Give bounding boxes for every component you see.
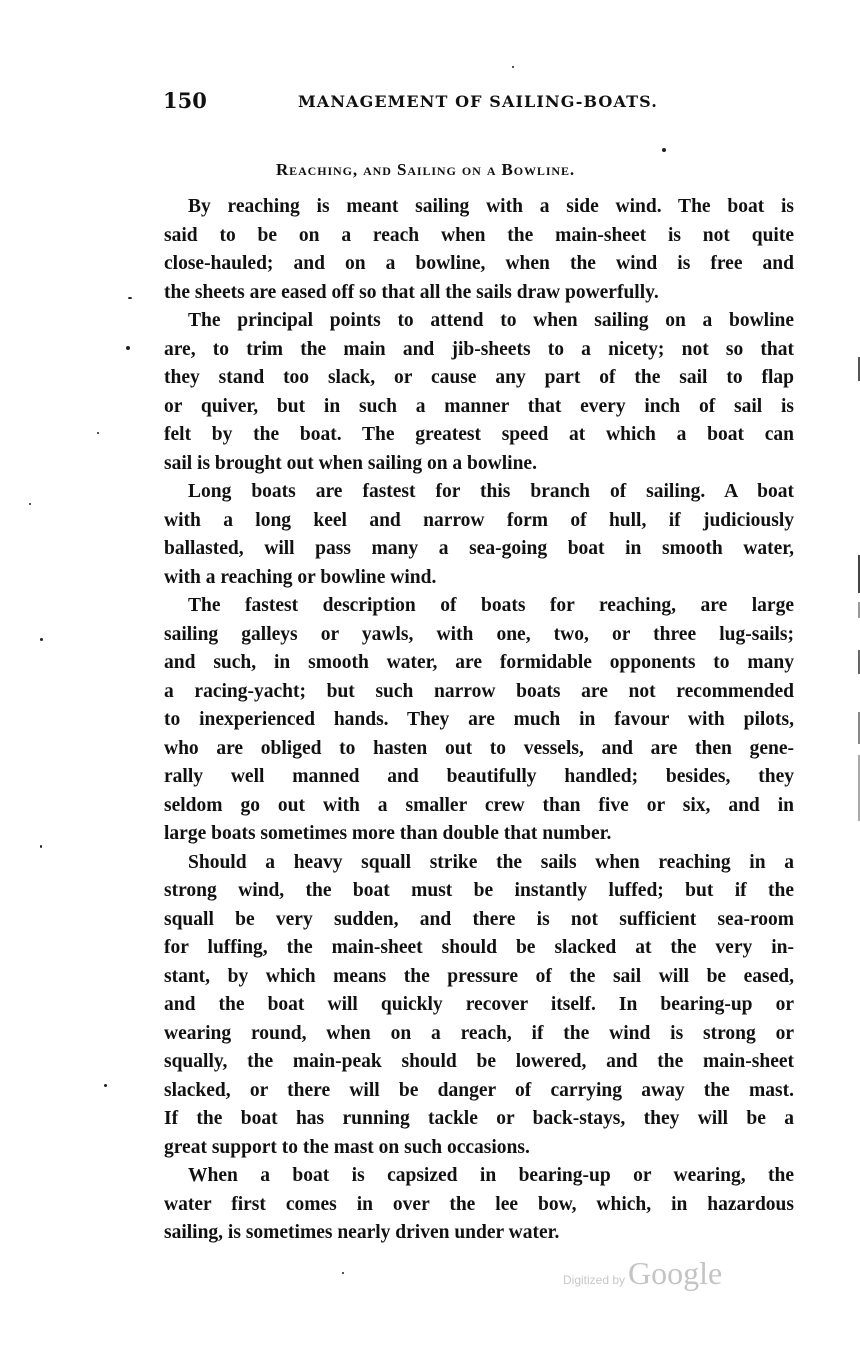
- text-line: water first comes in over the lee bow, w…: [164, 1191, 794, 1220]
- text-line: ballasted, will pass many a sea-going bo…: [164, 535, 794, 564]
- text-line: Long boats are fastest for this branch o…: [164, 478, 794, 507]
- paragraph: By reaching is meant sailing with a side…: [164, 193, 794, 307]
- text-line: felt by the boat. The greatest speed at …: [164, 421, 794, 450]
- text-line: who are obliged to hasten out to vessels…: [164, 735, 794, 764]
- text-line: or quiver, but in such a manner that eve…: [164, 393, 794, 422]
- text-line: with a reaching or bowline wind.: [164, 564, 794, 593]
- text-line: seldom go out with a smaller crew than f…: [164, 792, 794, 821]
- book-page: 150 MANAGEMENT OF SAILING-BOATS. Reachin…: [0, 0, 860, 1353]
- watermark-prefix: Digitized by: [563, 1273, 625, 1287]
- text-line: strong wind, the boat must be instantly …: [164, 877, 794, 906]
- text-line: sailing, is sometimes nearly driven unde…: [164, 1219, 794, 1248]
- text-line: rally well manned and beautifully handle…: [164, 763, 794, 792]
- text-line: squally, the main-peak should be lowered…: [164, 1048, 794, 1077]
- text-line: By reaching is meant sailing with a side…: [164, 193, 794, 222]
- scan-speck: [512, 66, 514, 68]
- text-line: large boats sometimes more than double t…: [164, 820, 794, 849]
- text-line: the sheets are eased off so that all the…: [164, 279, 794, 308]
- text-line: The principal points to attend to when s…: [164, 307, 794, 336]
- page-number: 150: [163, 88, 207, 113]
- text-line: and such, in smooth water, are formidabl…: [164, 649, 794, 678]
- paragraph: Should a heavy squall strike the sails w…: [164, 849, 794, 1163]
- text-line: sail is brought out when sailing on a bo…: [164, 450, 794, 479]
- text-line: slacked, or there will be danger of carr…: [164, 1077, 794, 1106]
- paragraph: Long boats are fastest for this branch o…: [164, 478, 794, 592]
- text-line: are, to trim the main and jib-sheets to …: [164, 336, 794, 365]
- scan-speck: [342, 1272, 344, 1274]
- text-line: great support to the mast on such occasi…: [164, 1134, 794, 1163]
- text-line: for luffing, the main-sheet should be sl…: [164, 934, 794, 963]
- text-line: When a boat is capsized in bearing-up or…: [164, 1162, 794, 1191]
- text-line: they stand too slack, or cause any part …: [164, 364, 794, 393]
- text-line: If the boat has running tackle or back-s…: [164, 1105, 794, 1134]
- text-line: and the boat will quickly recover itself…: [164, 991, 794, 1020]
- body-text: By reaching is meant sailing with a side…: [164, 193, 794, 1248]
- text-line: said to be on a reach when the main-shee…: [164, 222, 794, 251]
- text-line: squall be very sudden, and there is not …: [164, 906, 794, 935]
- scan-speck: [104, 1084, 107, 1087]
- scan-speck: [29, 503, 31, 505]
- paragraph: When a boat is capsized in bearing-up or…: [164, 1162, 794, 1248]
- text-line: close-hauled; and on a bowline, when the…: [164, 250, 794, 279]
- running-head: 150 MANAGEMENT OF SAILING-BOATS.: [163, 88, 663, 118]
- paragraph: The principal points to attend to when s…: [164, 307, 794, 478]
- paragraph: The fastest description of boats for rea…: [164, 592, 794, 849]
- text-line: sailing galleys or yawls, with one, two,…: [164, 621, 794, 650]
- text-line: a racing-yacht; but such narrow boats ar…: [164, 678, 794, 707]
- google-logo: Google: [628, 1255, 722, 1292]
- scan-speck: [40, 845, 42, 848]
- text-line: wearing round, when on a reach, if the w…: [164, 1020, 794, 1049]
- text-line: with a long keel and narrow form of hull…: [164, 507, 794, 536]
- text-line: to inexperienced hands. They are much in…: [164, 706, 794, 735]
- digitized-by-google-watermark: Digitized by Google: [563, 1255, 722, 1295]
- section-title: Reaching, and Sailing on a Bowline.: [276, 160, 575, 180]
- scan-speck: [97, 432, 99, 434]
- text-line: The fastest description of boats for rea…: [164, 592, 794, 621]
- text-line: stant, by which means the pressure of th…: [164, 963, 794, 992]
- scan-speck: [40, 638, 43, 641]
- scan-speck: [662, 148, 666, 152]
- scan-speck: [126, 346, 130, 350]
- scan-speck: [128, 297, 132, 299]
- text-line: Should a heavy squall strike the sails w…: [164, 849, 794, 878]
- running-title: MANAGEMENT OF SAILING-BOATS.: [298, 92, 658, 111]
